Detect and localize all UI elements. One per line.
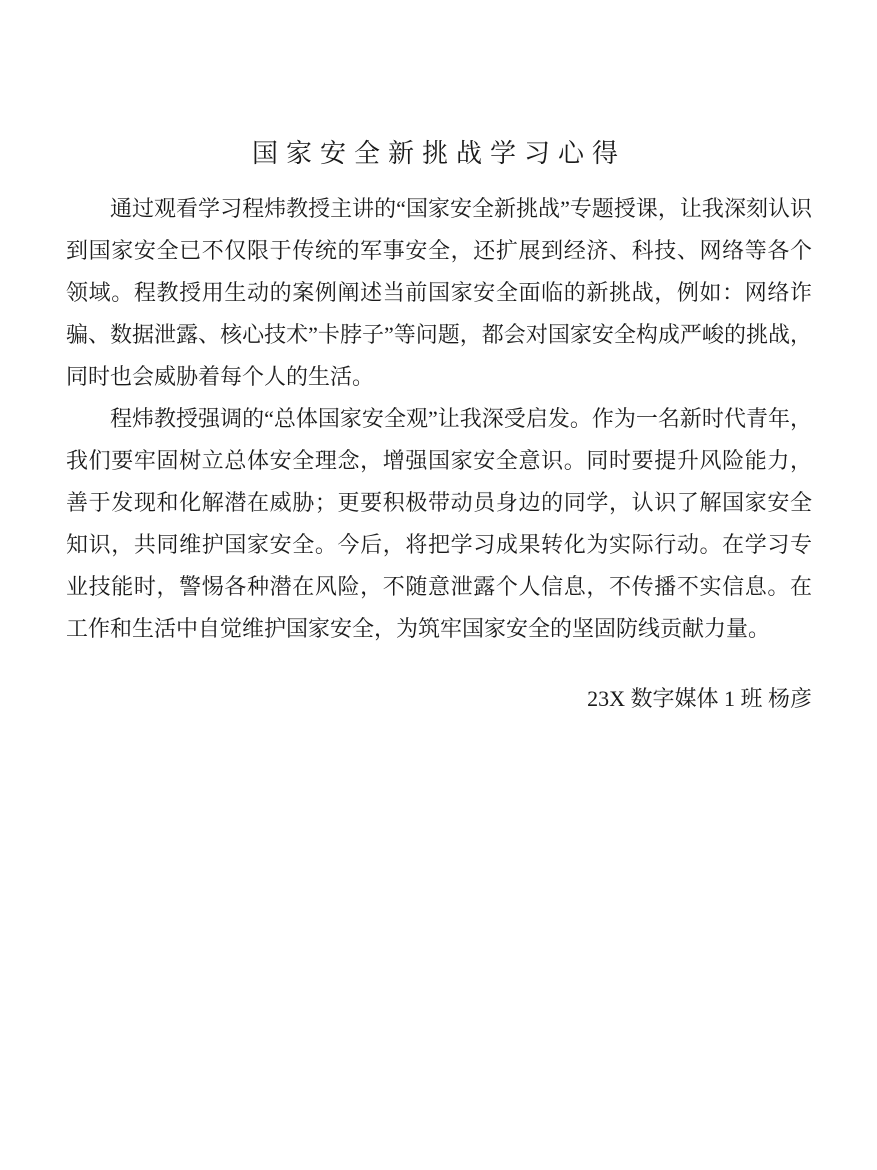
signature-line: 23X 数字媒体 1 班 杨彦 (66, 678, 812, 720)
document-title: 国家安全新挑战学习心得 (66, 0, 812, 176)
paragraph-2: 程炜教授强调的“总体国家安全观”让我深受启发。作为一名新时代青年，我们要牢固树立… (66, 398, 812, 650)
document-page: 国家安全新挑战学习心得 通过观看学习程炜教授主讲的“国家安全新挑战”专题授课，让… (0, 0, 877, 1170)
paragraph-1: 通过观看学习程炜教授主讲的“国家安全新挑战”专题授课，让我深刻认识到国家安全已不… (66, 188, 812, 398)
document-content: 国家安全新挑战学习心得 通过观看学习程炜教授主讲的“国家安全新挑战”专题授课，让… (66, 0, 812, 720)
